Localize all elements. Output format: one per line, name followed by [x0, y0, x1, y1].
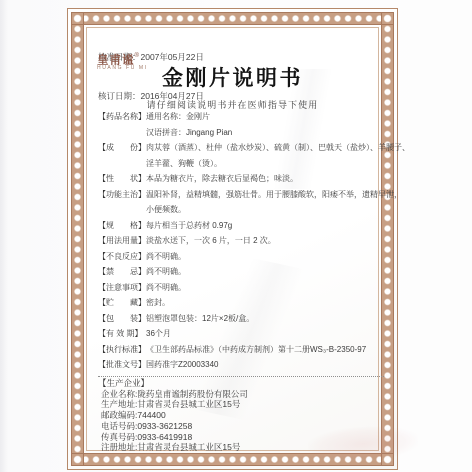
manufacturer-fax: 传真号码:0933-6419918 [98, 432, 384, 443]
manufacturer-postal-code: 邮政编码:744400 [98, 410, 384, 421]
field-row-ingredients: 【成 份】肉苁蓉（酒蒸）、杜仲（盐水炒炭）、硫黄（制）、巴戟天（盐炒）、羊腰子、… [98, 140, 384, 171]
field-label: 【批准文号】 [98, 357, 146, 373]
field-row-precautions: 【注意事项】尚不明确。 [98, 280, 384, 296]
field-label: 【用法用量】 [98, 233, 146, 249]
border-corner-rosette [381, 12, 394, 25]
field-value: 通用名称：金刚片 汉语拼音：Jingang Pian [146, 109, 384, 140]
manufacturer-company-name: 企业名称:陇药皇甫谧制药股份有限公司 [98, 389, 384, 400]
field-row-description: 【性 状】本品为糖衣片，除去糖衣后显褐色；味淡。 [98, 171, 384, 187]
field-label: 【执行标准】 [98, 342, 146, 358]
field-label: 【成 份】 [98, 140, 146, 156]
field-row-dosage: 【用法用量】淡盐水送下，一次 6 片，一日 2 次。 [98, 233, 384, 249]
manufacturer-registered-address: 注册地址:甘肃省灵台县城工业区15号 [98, 442, 384, 453]
manufacturer-header: 【生产企业】 [98, 378, 384, 389]
field-row-contraindications: 【禁 忌】尚不明确。 [98, 264, 384, 280]
page-title: 金刚片说明书 [68, 62, 397, 92]
field-label: 【注意事项】 [98, 280, 146, 296]
field-value: 铝塑泡罩包装：12片×2板/盒。 [146, 311, 384, 327]
field-row-storage: 【贮 藏】密封。 [98, 295, 384, 311]
field-value: 温阳补肾，益精填髓，强筋壮骨。用于腰膝酸软，阳痿不举，遗精早泄， 小便频数。 [146, 187, 402, 218]
manufacturer-production-address: 生产地址:甘肃省灵台县城工业区15号 [98, 399, 384, 410]
field-label: 【有 效 期】 [98, 326, 146, 342]
field-value: 本品为糖衣片，除去糖衣后显褐色；味淡。 [146, 171, 384, 187]
field-value: 每片相当于总药材 0.97g [146, 218, 384, 234]
field-value: 国药准字Z20003340 [146, 357, 384, 373]
field-label: 【贮 藏】 [98, 295, 146, 311]
section-divider [98, 376, 384, 377]
field-label: 【规 格】 [98, 218, 146, 234]
field-value: 尚不明确。 [146, 280, 384, 296]
field-label: 【性 状】 [98, 171, 146, 187]
fields-area: 【药品名称】通用名称：金刚片 汉语拼音：Jingang Pian 【成 份】肉苁… [98, 109, 384, 453]
field-row-functions: 【功能主治】温阳补肾，益精填髓，强筋壮骨。用于腰膝酸软，阳痿不举，遗精早泄， 小… [98, 187, 384, 218]
field-row-approval-number: 【批准文号】国药准字Z20003340 [98, 357, 384, 373]
leaflet-sheet: 核准日期：2007年05月22日 核订日期：2016年04月27日 皇甫谧® H… [67, 8, 398, 470]
field-label: 【功能主治】 [98, 187, 146, 203]
border-corner-rosette [71, 12, 84, 25]
field-value: 尚不明确。 [146, 249, 384, 265]
field-label: 【禁 忌】 [98, 264, 146, 280]
field-row-drug-name: 【药品名称】通用名称：金刚片 汉语拼音：Jingang Pian [98, 109, 384, 140]
border-corner-rosette [71, 453, 84, 466]
field-label: 【不良反应】 [98, 249, 146, 265]
border-band-bottom [84, 453, 381, 466]
field-value: 尚不明确。 [146, 264, 384, 280]
field-label: 【药品名称】 [98, 109, 146, 125]
field-label: 【包 装】 [98, 311, 146, 327]
field-row-shelf-life: 【有 效 期】36个月 [98, 326, 384, 342]
field-value: 《卫生部药品标准》（中药成方制剂）第十二册WS₃-B-2350-97 [146, 342, 384, 358]
border-corner-rosette [381, 453, 394, 466]
registered-trademark-icon: ® [135, 53, 139, 59]
border-band-top [84, 12, 381, 25]
field-row-specification: 【规 格】每片相当于总药材 0.97g [98, 218, 384, 234]
field-value: 36个月 [146, 326, 384, 342]
field-value: 淡盐水送下，一次 6 片，一日 2 次。 [146, 233, 384, 249]
field-row-packaging: 【包 装】铝塑泡罩包装：12片×2板/盒。 [98, 311, 384, 327]
manufacturer-phone: 电话号码:0933-3621258 [98, 421, 384, 432]
field-value: 肉苁蓉（酒蒸）、杜仲（盐水炒炭）、硫黄（制）、巴戟天（盐炒）、羊腰子、 淫羊藿、… [146, 140, 410, 171]
field-row-adverse-reactions: 【不良反应】尚不明确。 [98, 249, 384, 265]
field-value: 密封。 [146, 295, 384, 311]
field-row-standard: 【执行标准】《卫生部药品标准》（中药成方制剂）第十二册WS₃-B-2350-97 [98, 342, 384, 358]
